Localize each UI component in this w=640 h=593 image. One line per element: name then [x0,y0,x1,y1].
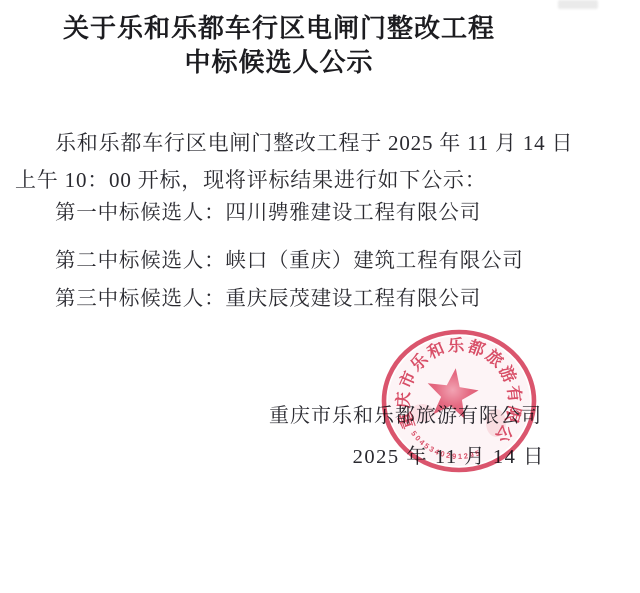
paragraph-line2: 上午 10：00 开标，现将评标结果进行如下公示： [15,169,487,192]
candidate-line-2: 第二中标候选人：峡口（重庆）建筑工程有限公司 [55,250,524,273]
page-title: 关于乐和乐都车行区电闸门整改工程 中标候选人公示 [0,12,558,80]
candidate-line-1: 第一中标候选人：四川骋雅建设工程有限公司 [55,202,481,225]
page-title-line1: 关于乐和乐都车行区电闸门整改工程 [0,12,558,46]
candidate-line-3: 第三中标候选人：重庆辰茂建设工程有限公司 [55,288,481,311]
scan-artifact [558,0,598,9]
official-seal-stamp: 重庆市乐和乐都旅游有限公司 5045340291295 [374,325,542,477]
paragraph-line1: 乐和乐都车行区电闸门整改工程于 2025 年 11 月 14 日 [55,132,573,155]
page-title-line2: 中标候选人公示 [0,46,558,80]
announcement-document: 关于乐和乐都车行区电闸门整改工程 中标候选人公示 乐和乐都车行区电闸门整改工程于… [0,0,640,593]
